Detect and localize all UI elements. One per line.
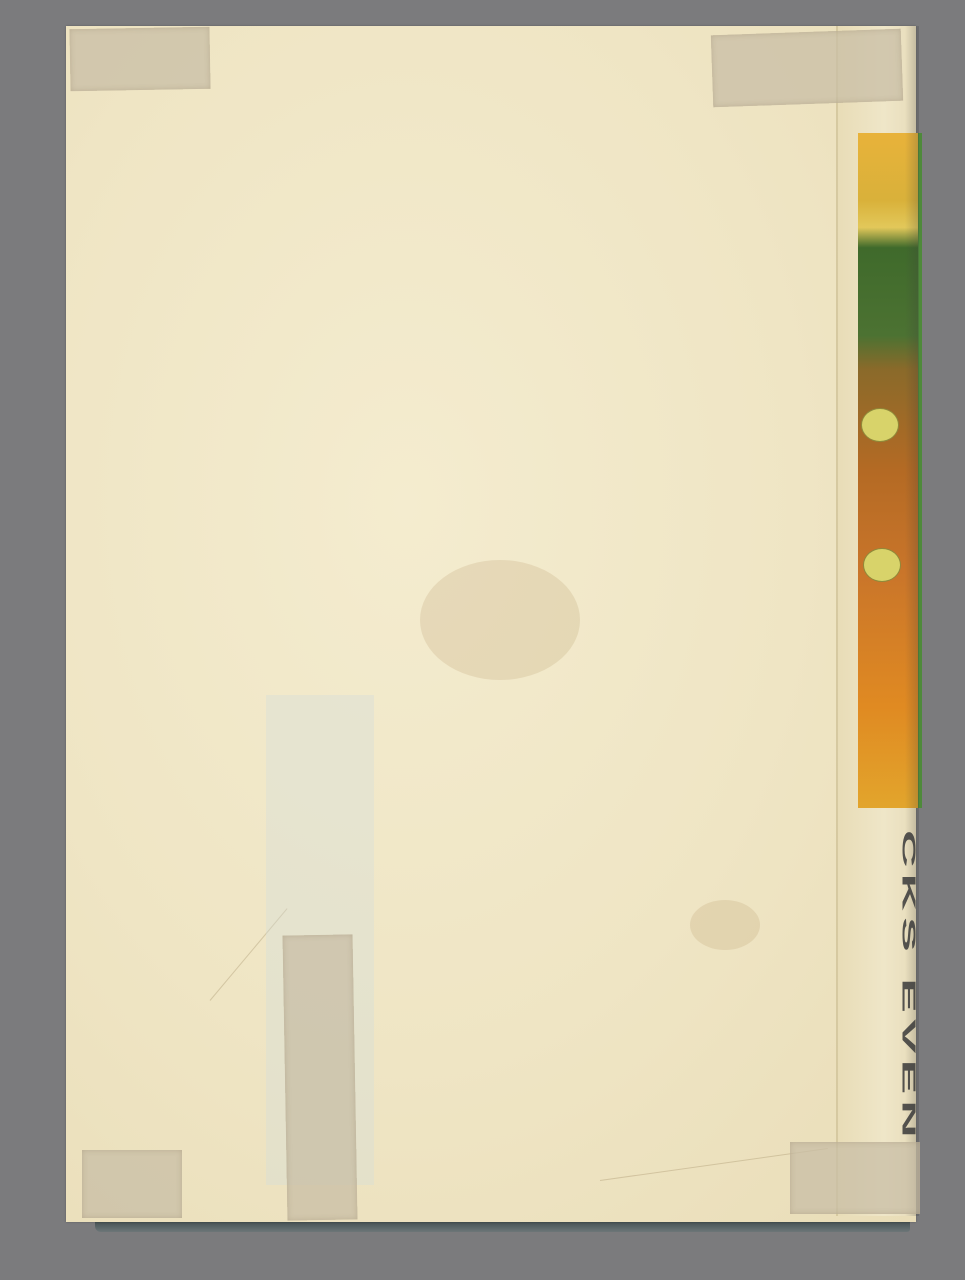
tape-bottom-right	[790, 1142, 920, 1214]
tape-top-left	[69, 27, 210, 91]
paper-stain	[420, 560, 580, 680]
spine-title-text: CKS EVEN	[905, 830, 919, 1160]
book-back-cover-photo: CKS EVEN	[0, 0, 965, 1280]
painting-dot	[863, 548, 901, 582]
tape-top-right	[711, 29, 903, 108]
painting-dot	[861, 408, 899, 442]
paper-stain	[690, 900, 760, 950]
tape-bottom-left	[82, 1150, 182, 1218]
tape-bottom-center	[283, 934, 358, 1220]
spine-fold	[836, 26, 838, 1216]
